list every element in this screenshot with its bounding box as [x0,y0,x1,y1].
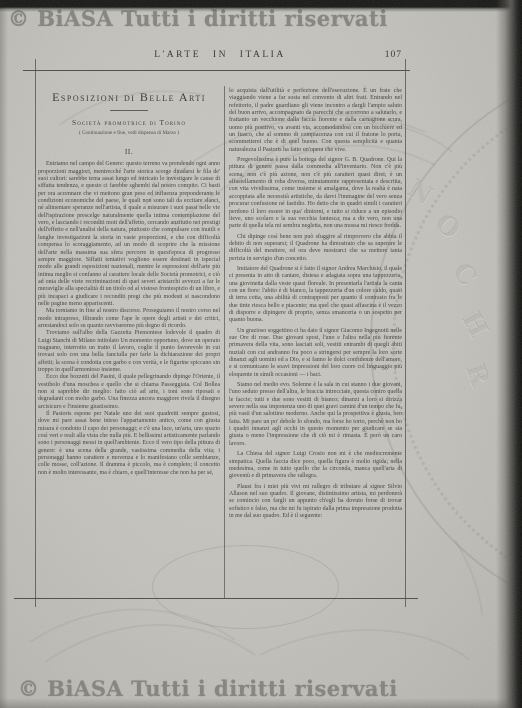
body-paragraph: Siamo nel medio evo. Solenne è la sala i… [229,382,402,448]
header-rule [23,70,410,71]
column-divider [224,86,225,598]
scan-edge-left [0,0,8,708]
scan-edge-bottom [0,698,522,708]
page-number: 107 [368,50,402,60]
journal-title: L'ARTE IN ITALIA [35,50,405,60]
body-paragraph: Il Pastoris espone per Natale uno dei su… [38,411,220,477]
body-paragraph: Entriamo nel campo del Genere: questo te… [38,161,220,308]
body-paragraph: lo acquista dall'utilità e perfezione de… [229,88,402,154]
footer-rule [14,598,418,599]
article-subtitle-note: ( Continuazione e fine, vedi dispensa di… [38,130,220,137]
body-paragraph: Un grazioso soggettino ci ha dato il sig… [229,328,402,379]
right-column: lo acquista dall'utilità e perfezione de… [229,86,402,582]
body-paragraph: Chi dipinge così bene non può sfuggire a… [229,234,402,263]
body-paragraph: Imitatore del Quadrone si è fatto il sig… [229,266,402,325]
body-paragraph: Pregevolissima è pure la bottega del sig… [229,157,402,230]
body-paragraph: Ecco due bozzetti del Pasini, il quale p… [38,374,220,411]
body-paragraph: Plausi fra i miei più vivi mi rallegro d… [229,484,402,521]
body-paragraph: Ma torniamo in fine al nostro discorso. … [38,308,220,330]
frame-right-line [405,59,406,607]
left-column: Esposizioni di Belle Arti Società promot… [38,86,220,580]
section-number: II. [38,148,220,155]
body-paragraph: La Chiesa del signor Luigi Crosio non mi… [229,451,402,480]
frame-left-line [35,59,36,607]
body-paragraph: Troviamo sull'albo della Gazzetta Piemon… [38,330,220,374]
scanned-page: N O C H R © BiASA Tutti i diritti riserv… [0,0,522,708]
scan-edge-right [496,0,522,708]
title-rule-divider [110,110,148,111]
scan-edge-top [0,0,522,12]
article-subtitle: Società promotrice di Torino [38,119,220,126]
article-title: Esposizioni di Belle Arti [38,94,220,101]
